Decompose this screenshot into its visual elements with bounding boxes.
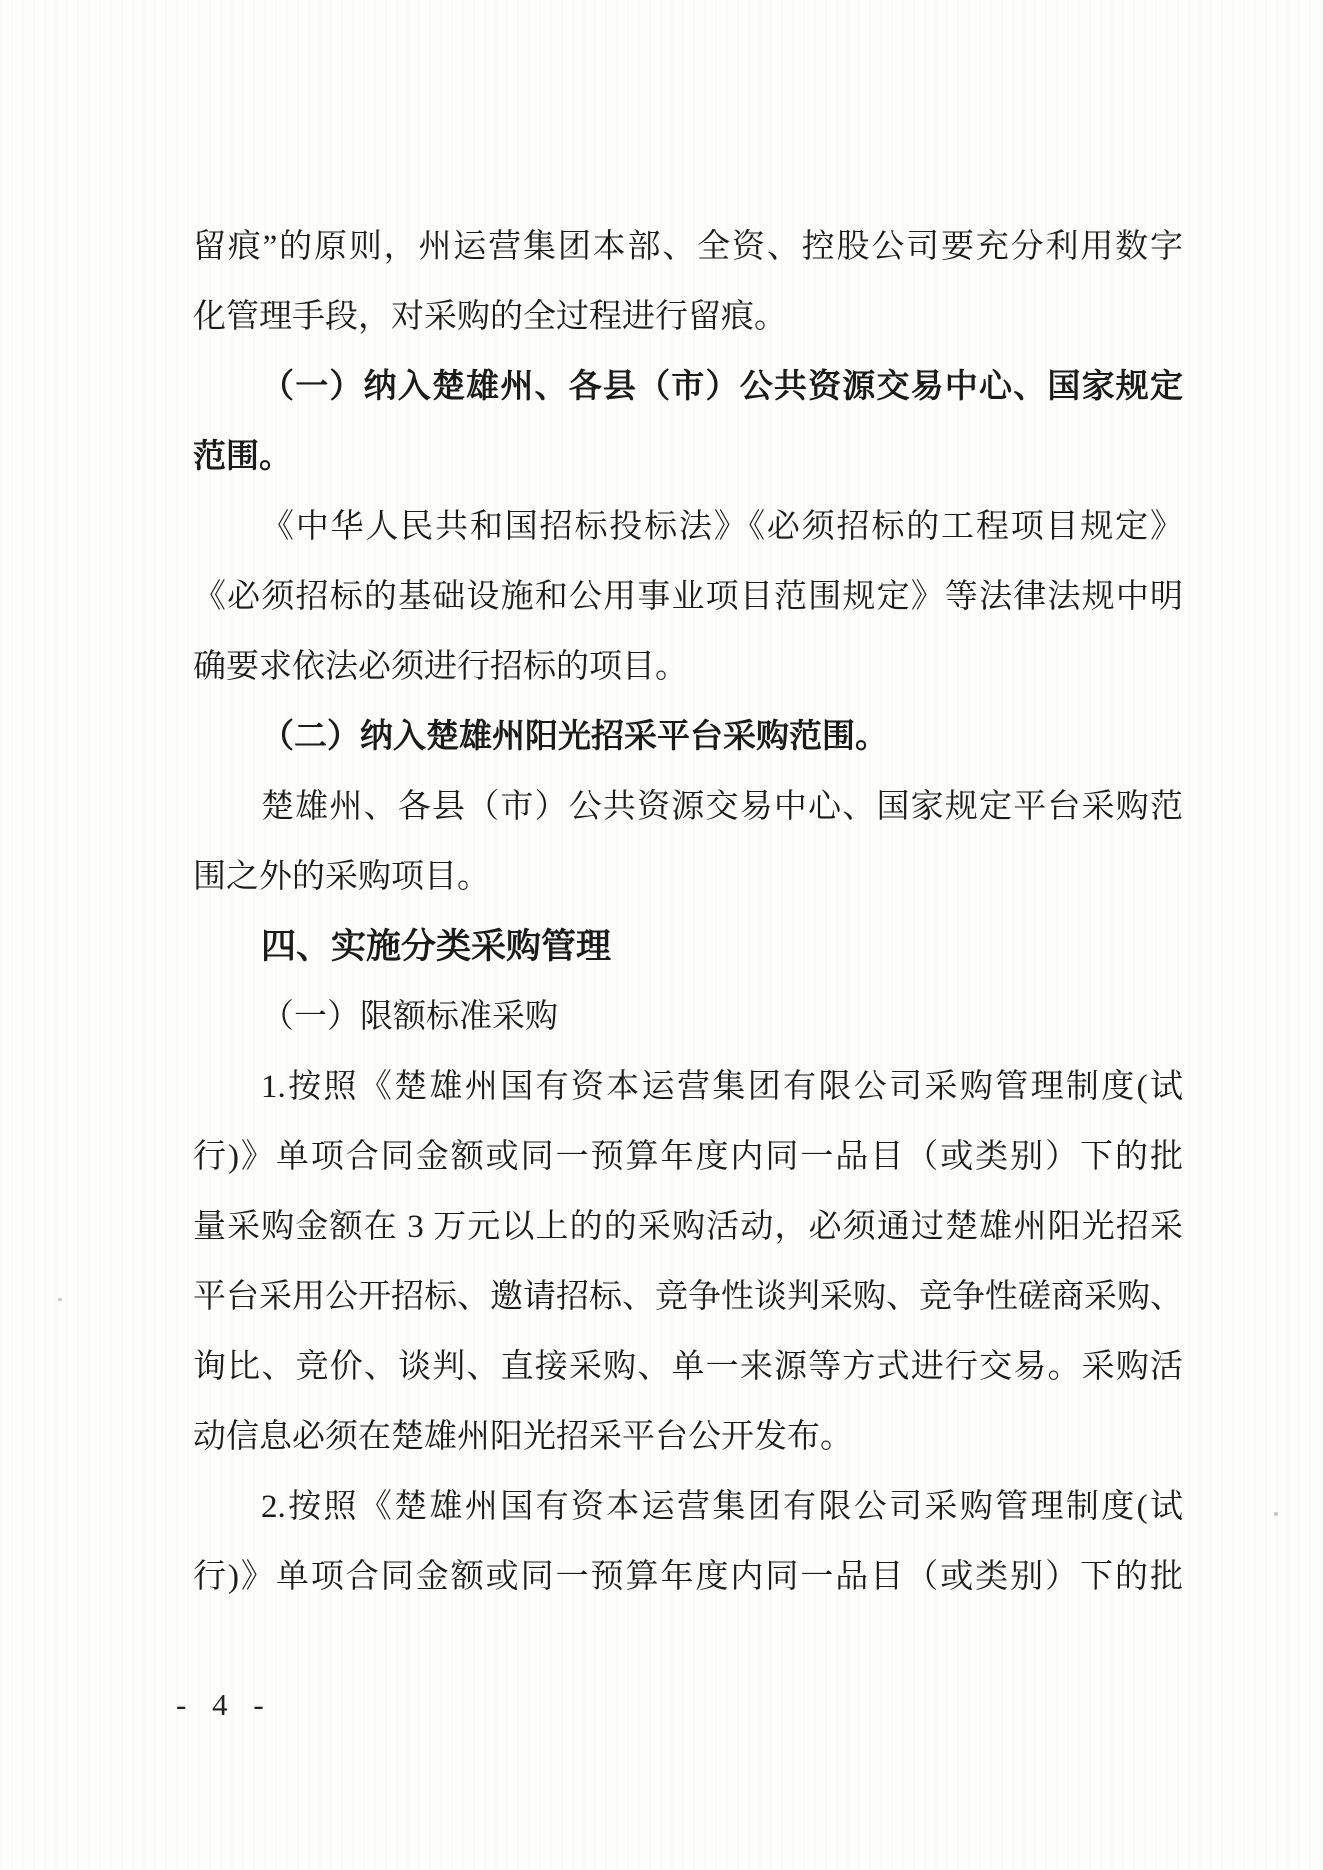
document-page: 留痕”的原则，州运营集团本部、全资、控股公司要充分利用数字化管理手段，对采购的全… xyxy=(0,0,1323,1870)
document-text: 留痕”的原则，州运营集团本部、全资、控股公司要充分利用数字化管理手段，对采购的全… xyxy=(193,212,1183,1612)
text-line: 范围。 xyxy=(193,422,1183,492)
text-line: 楚雄州、各县（市）公共资源交易中心、国家规定平台采购范 xyxy=(193,772,1183,842)
text-line: 询比、竞价、谈判、直接采购、单一来源等方式进行交易。采购活 xyxy=(193,1332,1183,1402)
text-line: 留痕”的原则，州运营集团本部、全资、控股公司要充分利用数字 xyxy=(193,212,1183,282)
text-line: 《中华人民共和国招标投标法》《必须招标的工程项目规定》 xyxy=(193,492,1183,562)
text-line: （一）限额标准采购 xyxy=(193,982,1183,1052)
text-line: 1.按照《楚雄州国有资本运营集团有限公司采购管理制度(试 xyxy=(193,1052,1183,1122)
text-line: 确要求依法必须进行招标的项目。 xyxy=(193,632,1183,702)
scan-speck xyxy=(834,744,839,749)
text-line: （二）纳入楚雄州阳光招采平台采购范围。 xyxy=(193,702,1183,772)
text-line: 四、实施分类采购管理 xyxy=(193,912,1183,982)
text-line: 行)》单项合同金额或同一预算年度内同一品目（或类别）下的批 xyxy=(193,1122,1183,1192)
text-line: 《必须招标的基础设施和公用事业项目范围规定》等法律法规中明 xyxy=(193,562,1183,632)
text-line: 行)》单项合同金额或同一预算年度内同一品目（或类别）下的批 xyxy=(193,1542,1183,1612)
scan-speck xyxy=(58,1298,62,1301)
text-line: 量采购金额在 3 万元以上的的采购活动，必须通过楚雄州阳光招采 xyxy=(193,1192,1183,1262)
text-line: 平台采用公开招标、邀请招标、竞争性谈判采购、竞争性磋商采购、 xyxy=(193,1262,1183,1332)
text-line: 围之外的采购项目。 xyxy=(193,842,1183,912)
scan-speck xyxy=(1274,1512,1278,1516)
text-line: （一）纳入楚雄州、各县（市）公共资源交易中心、国家规定平台采购 xyxy=(193,352,1183,422)
text-line: 动信息必须在楚雄州阳光招采平台公开发布。 xyxy=(193,1402,1183,1472)
page-number-label: - 4 - xyxy=(176,1682,273,1728)
text-line: 化管理手段，对采购的全过程进行留痕。 xyxy=(193,282,1183,352)
text-line: 2.按照《楚雄州国有资本运营集团有限公司采购管理制度(试 xyxy=(193,1472,1183,1542)
